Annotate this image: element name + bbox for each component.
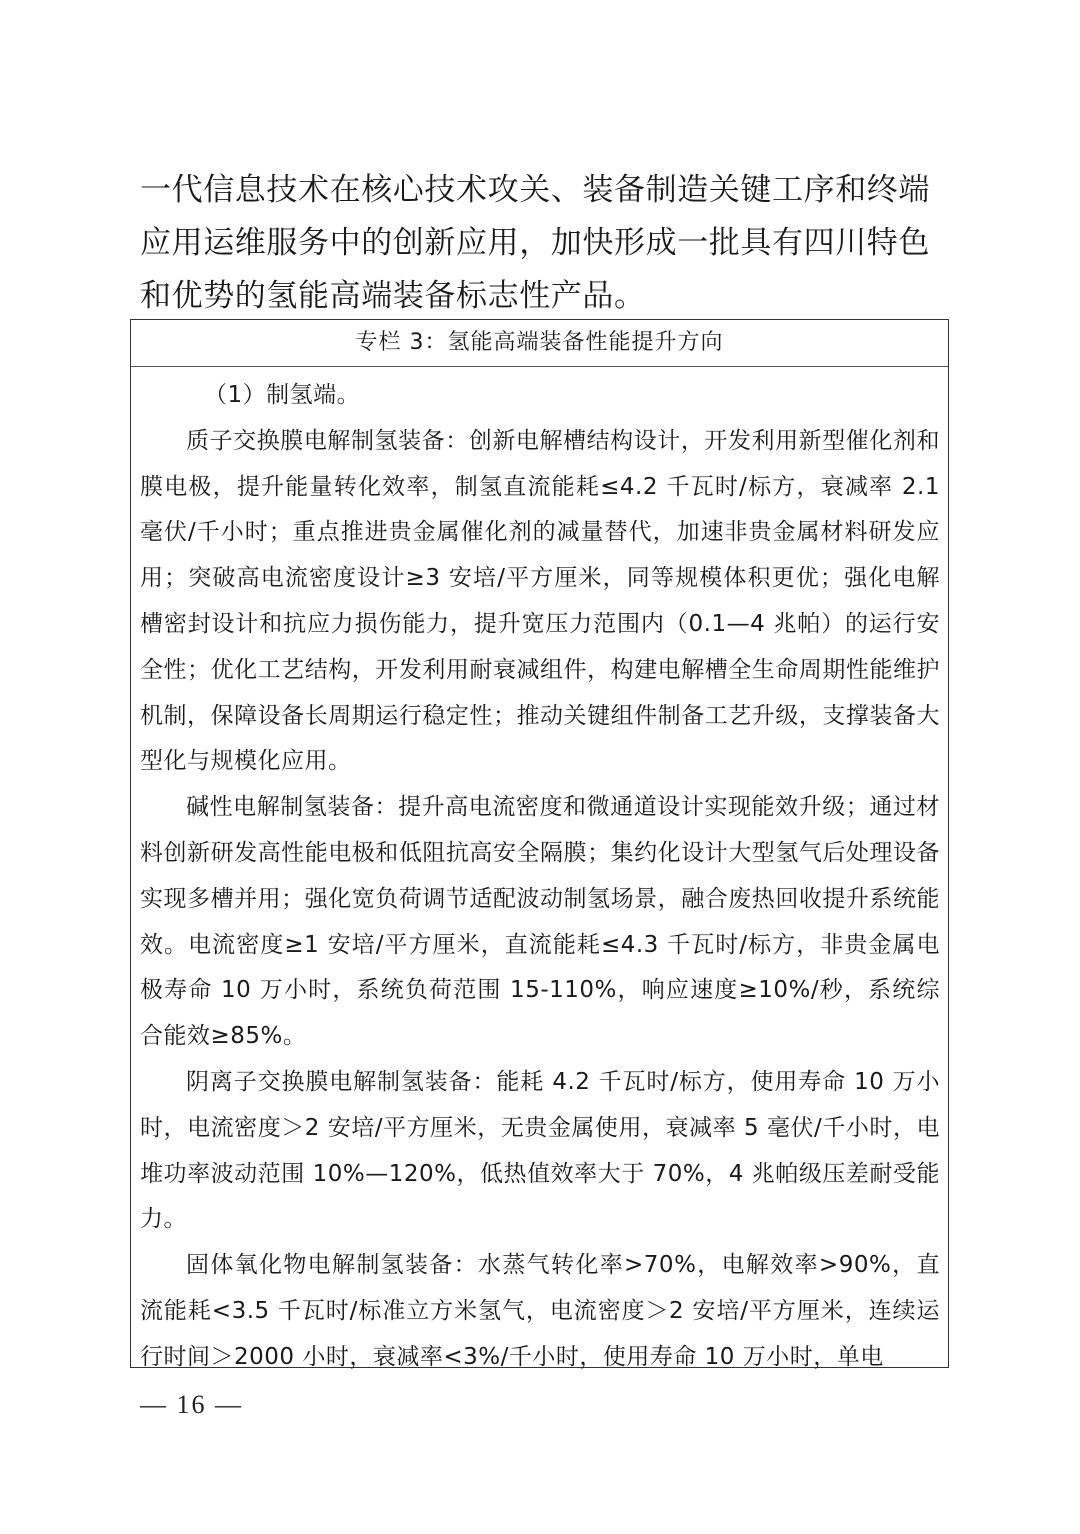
column-box-title: 专栏 3：氢能高端装备性能提升方向: [131, 320, 948, 367]
paragraph-pem-electrolysis: 质子交换膜电解制氢装备：创新电解槽结构设计，开发利用新型催化剂和膜电极，提升能量…: [140, 419, 940, 785]
intro-paragraph: 一代信息技术在核心技术攻关、装备制造关键工序和终端应用运维服务中的创新应用，加快…: [140, 164, 945, 323]
intro-text: 一代信息技术在核心技术攻关、装备制造关键工序和终端应用运维服务中的创新应用，加快…: [140, 164, 945, 323]
column-box: 专栏 3：氢能高端装备性能提升方向 （1）制氢端。 质子交换膜电解制氢装备：创新…: [130, 319, 949, 1368]
page-number: — 16 —: [140, 1390, 243, 1420]
paragraph-soec-electrolysis: 固体氧化物电解制氢装备：水蒸气转化率>70%，电解效率>90%，直流能耗<3.5…: [140, 1243, 940, 1380]
paragraph-aem-electrolysis: 阴离子交换膜电解制氢装备：能耗 4.2 千瓦时/标方，使用寿命 10 万小时，电…: [140, 1060, 940, 1243]
column-box-body: （1）制氢端。 质子交换膜电解制氢装备：创新电解槽结构设计，开发利用新型催化剂和…: [131, 367, 948, 1381]
paragraph-alkaline-electrolysis: 碱性电解制氢装备：提升高电流密度和微通道设计实现能效升级；通过材料创新研发高性能…: [140, 785, 940, 1060]
section-heading: （1）制氢端。: [140, 373, 940, 419]
